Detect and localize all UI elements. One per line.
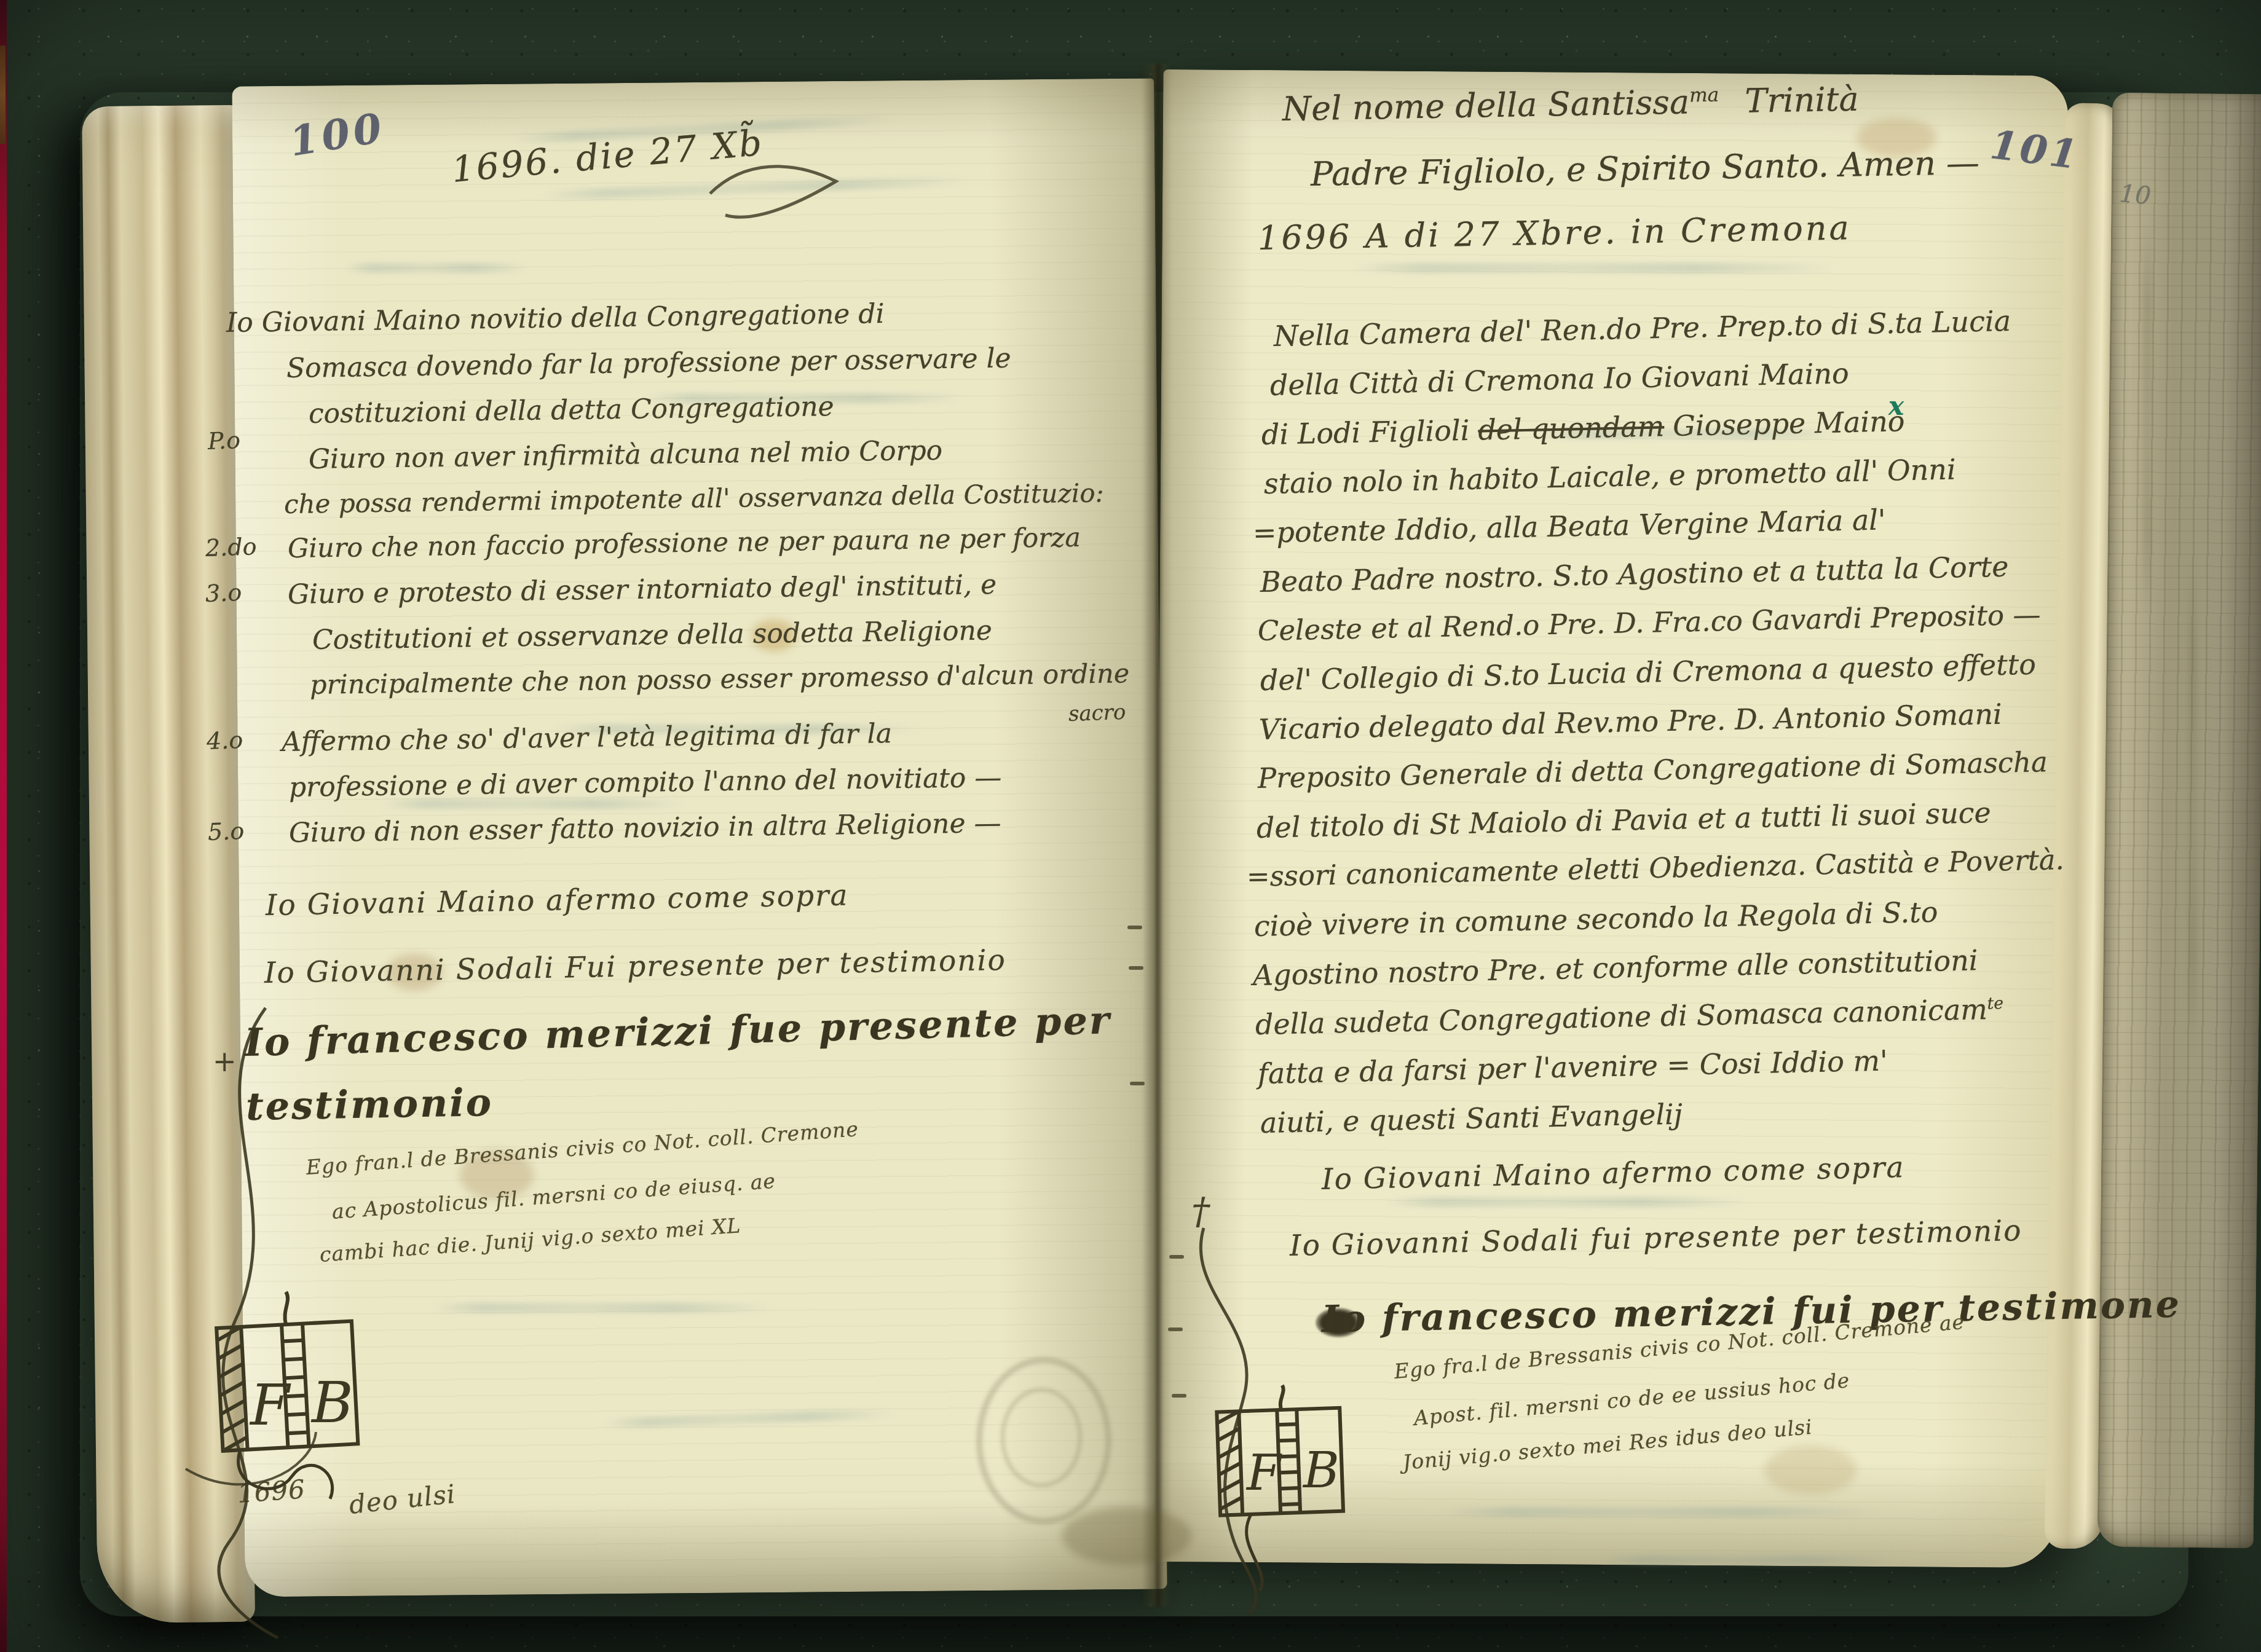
binding-tick [1129,966,1143,970]
margin-label-2: 2.do [205,533,257,562]
header-superscript: ma [1689,84,1719,107]
margin-label-1: P.o [207,427,240,455]
gutter-shadow-stain [1062,1507,1191,1565]
bleedthrough-ghost [430,1303,775,1313]
margin-label-3: 3.o [205,579,242,607]
manuscript-photo: 100 1696. die 27 Xb̃ Io Giovani Maino no… [0,0,2261,1652]
parchment-script-ghost [2143,221,2152,615]
bleedthrough-ghost [344,263,529,273]
right-notary-flourish [1175,1223,1298,1616]
bleedthrough-ghost [1382,1197,1751,1207]
fore-edge-faint-number: 10 [2118,179,2152,210]
line3-pre: di Lodi Figlioli [1261,414,1469,451]
ink-stain [1764,1445,1857,1495]
margin-label-5: 5.o [207,817,245,846]
left-line-sacro: sacro [1068,700,1126,726]
bleedthrough-ghost [1446,1507,1876,1517]
header-trinita: Trinità [1745,80,1859,120]
binding-tick [1130,1082,1145,1085]
ghost-seal-ring-inner [1001,1388,1082,1487]
bleedthrough-ghost [1350,263,1842,273]
parchment-leaf-under [2097,93,2261,1549]
line3-struck-del-quondam: del quondam [1478,409,1665,446]
heading-flourish [707,157,842,230]
line3-post: Gioseppe Maino [1673,404,1905,442]
binding-tick [1127,926,1142,929]
green-x-annotation: x [1888,391,1904,421]
seal-letter-b: B [1302,1442,1340,1499]
brown-edge-chip [0,45,6,144]
line15-superscript: te [1987,994,2003,1013]
left-notary-flourish [173,1002,321,1652]
bleedthrough-ghost [1598,1555,1893,1565]
parchment-script-ghost [2188,553,2197,1057]
book-gutter [1142,64,1172,1607]
header-invocation: Nel nome della Santissa [1282,82,1689,128]
margin-label-4: 4.o [206,726,243,755]
red-ribbon-edge [0,0,7,1652]
